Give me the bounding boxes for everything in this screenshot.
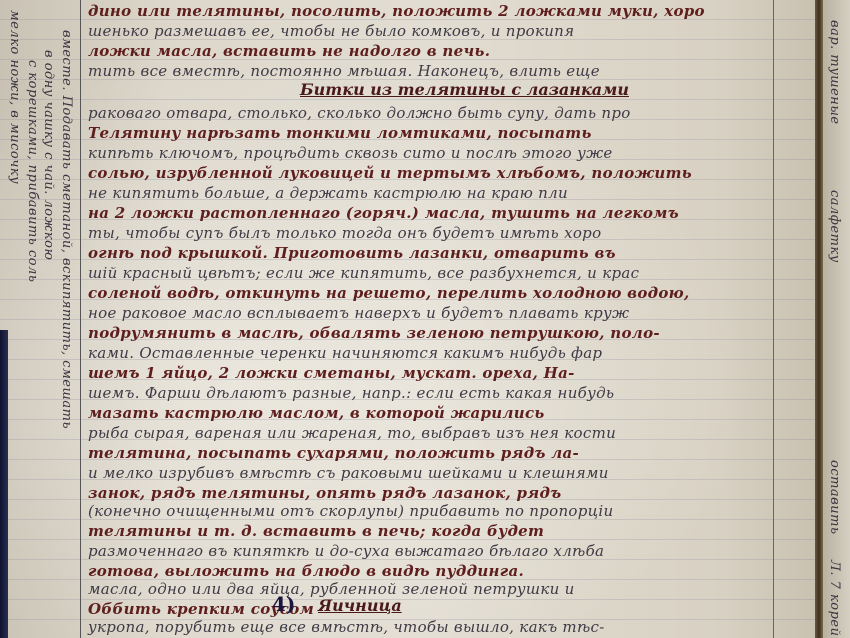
text-line: дино или телятины, посолить, положить 2 … [88,2,705,20]
text-line: ты, чтобы супъ былъ только тогда онъ буд… [88,224,601,242]
text-line: не кипятить больше, а держать кастрюлю н… [88,184,568,202]
right-margin-note: салфетку [827,190,842,263]
manuscript-page: мелко ножи, в мисочку с корешками, приба… [0,0,850,638]
text-line: укропа, порубить еще все вмѣстѣ, чтобы в… [88,618,605,636]
left-margin-note: вместе. Подавать сметаной, вскипятить, с… [59,30,74,429]
text-line: огнѣ под крышкой. Приготовить лазанки, о… [88,244,616,262]
text-line: шемъ. Фарши дѣлаютъ разные, напр.: если … [88,384,614,402]
text-line: ками. Оставленные черенки начиняются как… [88,344,602,362]
text-line: ложки масла, вставить не надолго в печь. [88,42,490,60]
text-line: мазать кастрюлю маслом, в которой жарили… [88,404,545,422]
right-margin-note: вар. тушеные [827,20,842,125]
left-margin-note: с корешками, прибавить соль [25,60,40,282]
recipe-heading-bitki: Битки из телятины с лазанками [300,80,629,99]
text-line: готова, выложить на блюдо в видѣ пуддинг… [88,562,524,580]
text-line: и мелко изрубивъ вмѣстѣ съ раковыми шейк… [88,464,609,482]
text-line: ное раковое масло всплываетъ наверхъ и б… [88,304,629,322]
book-spine [815,0,823,638]
text-line: телятины и т. д. вставить в печь; когда … [88,522,544,540]
text-line: кипѣть ключомъ, процѣдить сквозь сито и … [88,144,613,162]
dark-background-edge [0,330,8,638]
text-line: телятина, посыпать сухарями, положить ря… [88,444,579,462]
left-margin-rule [80,0,81,638]
text-line: раковаго отвара, столько, сколько должно… [88,104,631,122]
text-line: шій красный цвѣтъ; если же кипятить, все… [88,264,639,282]
text-line: (конечно очищенными отъ скорлупы) прибав… [88,502,613,520]
text-line: соленой водѣ, откинуть на решето, перели… [88,284,690,302]
text-line: тить все вместѣ, постоянно мѣшая. Наконе… [88,62,600,80]
left-margin-note: в одну чашку с чай. ложкою [41,50,56,260]
text-line: шемъ 1 яйцо, 2 ложки сметаны, мускат. ор… [88,364,575,382]
left-margin-note: мелко ножи, в мисочку [7,10,22,184]
text-line: на 2 ложки растопленнаго (горяч.) масла,… [88,204,679,222]
right-margin-note: Л. 7 корей [827,560,842,637]
section-number: 4) [272,592,295,616]
text-line: солью, изрубленной луковицей и тертымъ х… [88,164,692,182]
text-line: шенько размешавъ ее, чтобы не было комко… [88,22,574,40]
text-line: Телятину нарѣзать тонкими ломтиками, пос… [88,124,592,142]
right-margin-rule [773,0,774,638]
right-margin-note: оставить [827,460,842,535]
recipe-heading-yaichnitsa: Яичница [318,596,402,615]
text-line: подрумянить в маслѣ, обвалять зеленою пе… [88,324,660,342]
text-line: размоченнаго въ кипяткѣ и до-суха выжата… [88,542,604,560]
text-line: занок, рядъ телятины, опять рядъ лазанок… [88,484,561,502]
text-line: рыба сырая, вареная или жареная, то, выб… [88,424,616,442]
